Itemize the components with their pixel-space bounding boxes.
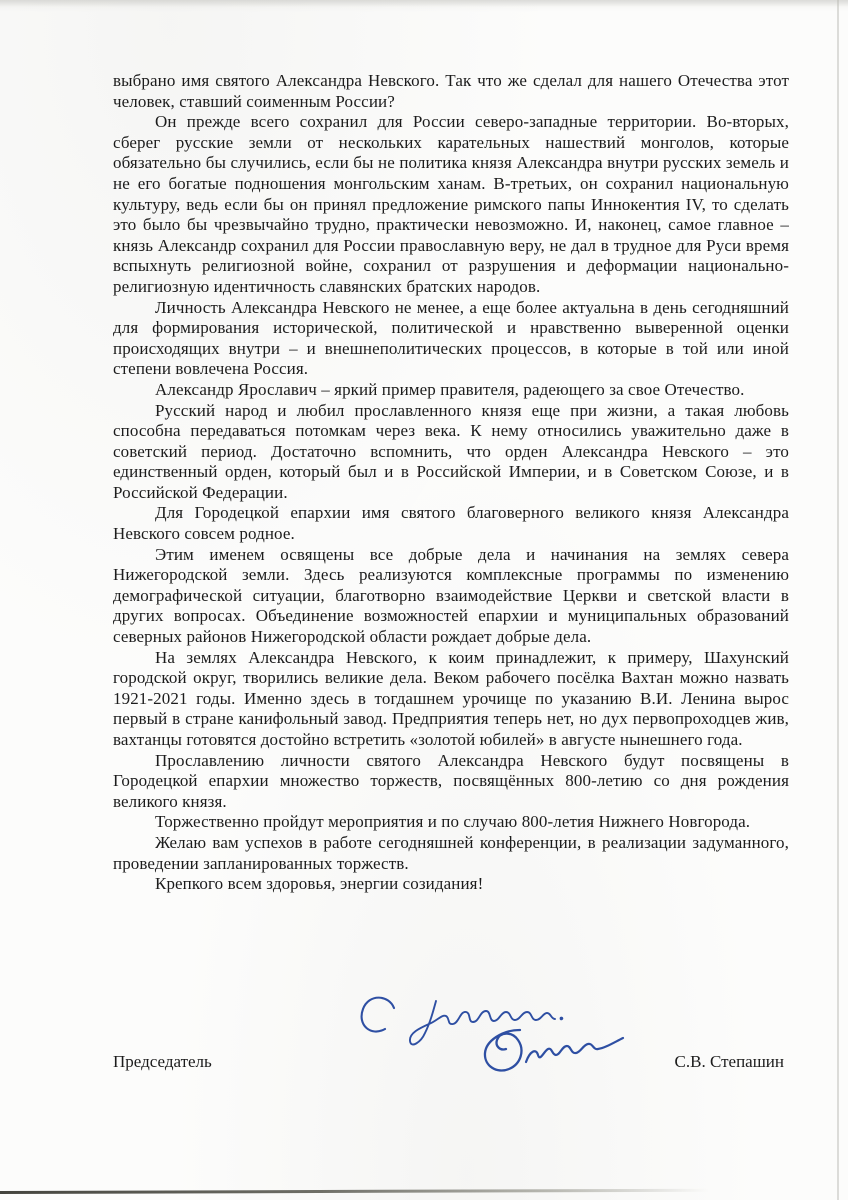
letter-paragraph: Торжественно пройдут мероприятия и по сл… <box>113 812 789 833</box>
letter-paragraph: На землях Александра Невского, к коим пр… <box>113 648 789 751</box>
scan-artifact-line <box>0 1189 708 1194</box>
letter-paragraph: Желаю вам успехов в работе сегодняшней к… <box>113 833 789 874</box>
signatory-title: Председатель <box>113 1052 212 1072</box>
letter-paragraph: Для Городецкой епархии имя святого благо… <box>113 503 789 544</box>
letter-body: выбрано имя святого Александра Невского.… <box>113 71 789 895</box>
letter-paragraph: Прославлению личности святого Александра… <box>113 751 789 813</box>
letter-paragraph: выбрано имя святого Александра Невского.… <box>113 71 789 112</box>
signatory-name: С.В. Степашин <box>675 1052 784 1072</box>
letter-paragraph: Крепкого всем здоровья, энергии созидани… <box>113 874 789 895</box>
scan-edge-top <box>0 0 848 7</box>
letter-paragraph: Этим именем освящены все добрые дела и н… <box>113 545 789 648</box>
scanned-letter-page: выбрано имя святого Александра Невского.… <box>0 0 848 1200</box>
signature-row: Председатель С.В. Степашин <box>113 1052 784 1072</box>
letter-paragraph: Александр Ярославич – яркий пример прави… <box>113 380 789 401</box>
letter-paragraph: Он прежде всего сохранил для России севе… <box>113 112 789 297</box>
scan-edge-right <box>837 0 839 1200</box>
letter-paragraph: Личность Александра Невского не менее, а… <box>113 298 789 380</box>
letter-paragraph: Русский народ и любил прославленного кня… <box>113 401 789 504</box>
handwritten-salutation-and-signature <box>350 985 650 1097</box>
